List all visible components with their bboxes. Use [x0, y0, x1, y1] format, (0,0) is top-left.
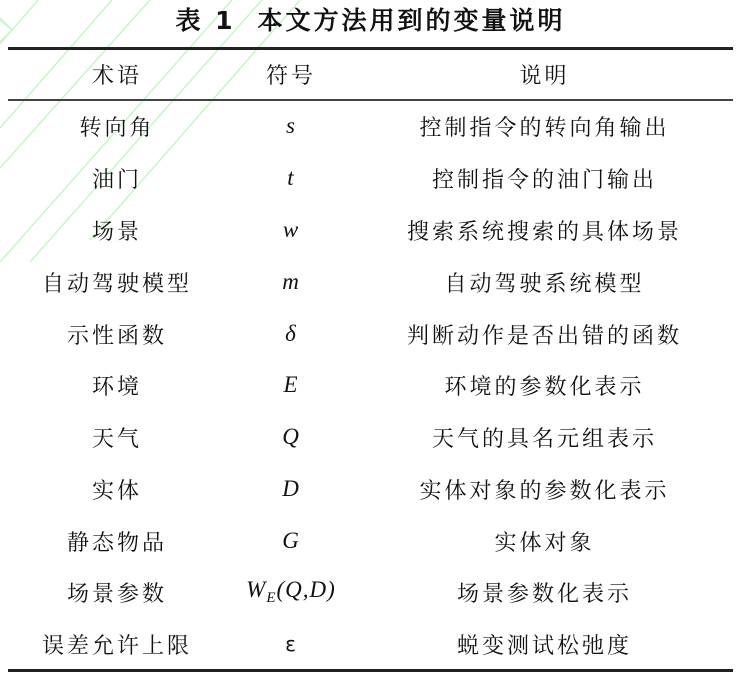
symbol-args: (Q,D): [277, 577, 336, 602]
symbol-base: W: [246, 577, 266, 602]
table-row: 自动驾驶模型 m 自动驾驶系统模型: [8, 256, 733, 308]
symbol-cell: ε: [226, 632, 356, 656]
description-cell: 环境的参数化表示: [356, 370, 733, 401]
description-cell: 自动驾驶系统模型: [356, 267, 733, 298]
table-caption: 表 1本文方法用到的变量说明: [0, 4, 741, 38]
symbol-cell: δ: [226, 321, 356, 347]
description-cell: 控制指令的转向角输出: [356, 111, 733, 142]
header-symbol: 符号: [226, 59, 356, 90]
term-cell: 油门: [8, 163, 226, 194]
table-row: 转向角 s 控制指令的转向角输出: [8, 100, 733, 152]
table-row: 静态物品 G 实体对象: [8, 515, 733, 567]
term-cell: 场景参数: [8, 577, 226, 608]
table-row: 环境 E 环境的参数化表示: [8, 359, 733, 411]
term-cell: 示性函数: [8, 319, 226, 350]
symbol-subscript: E: [266, 590, 276, 606]
symbol-cell: G: [226, 528, 356, 554]
symbol-cell: E: [226, 372, 356, 398]
description-cell: 实体对象的参数化表示: [356, 474, 733, 505]
table-row: 示性函数 δ 判断动作是否出错的函数: [8, 308, 733, 360]
description-cell: 天气的具名元组表示: [356, 422, 733, 453]
description-cell: 判断动作是否出错的函数: [356, 319, 733, 350]
description-cell: 场景参数化表示: [356, 577, 733, 608]
symbol-cell: t: [226, 165, 356, 191]
bottom-rule: [8, 669, 733, 672]
table-row: 实体 D 实体对象的参数化表示: [8, 463, 733, 515]
term-cell: 转向角: [8, 111, 226, 142]
term-cell: 天气: [8, 422, 226, 453]
term-cell: 环境: [8, 370, 226, 401]
table-row: 场景 w 搜索系统搜索的具体场景: [8, 204, 733, 256]
symbol-cell: WE(Q,D): [226, 577, 356, 607]
description-cell: 控制指令的油门输出: [356, 163, 733, 194]
symbol-cell: s: [226, 113, 356, 139]
symbol-cell: D: [226, 476, 356, 502]
table-row: 场景参数 WE(Q,D) 场景参数化表示: [8, 566, 733, 618]
term-cell: 自动驾驶模型: [8, 267, 226, 298]
table-row: 误差允许上限 ε 蜕变测试松弛度: [8, 618, 733, 670]
symbol-cell: Q: [226, 424, 356, 450]
header-term: 术语: [8, 59, 226, 90]
symbol-cell: w: [226, 217, 356, 243]
header-description: 说明: [356, 59, 733, 90]
table-number: 表 1: [175, 6, 235, 35]
description-cell: 蜕变测试松弛度: [356, 629, 733, 660]
symbol-cell: m: [226, 269, 356, 295]
table-row: 天气 Q 天气的具名元组表示: [8, 411, 733, 463]
term-cell: 误差允许上限: [8, 629, 226, 660]
description-cell: 实体对象: [356, 526, 733, 557]
table-row: 油门 t 控制指令的油门输出: [8, 152, 733, 204]
table-title: 本文方法用到的变量说明: [258, 6, 566, 35]
term-cell: 静态物品: [8, 526, 226, 557]
table-header-row: 术语 符号 说明: [8, 48, 733, 100]
term-cell: 场景: [8, 215, 226, 246]
term-cell: 实体: [8, 474, 226, 505]
description-cell: 搜索系统搜索的具体场景: [356, 215, 733, 246]
